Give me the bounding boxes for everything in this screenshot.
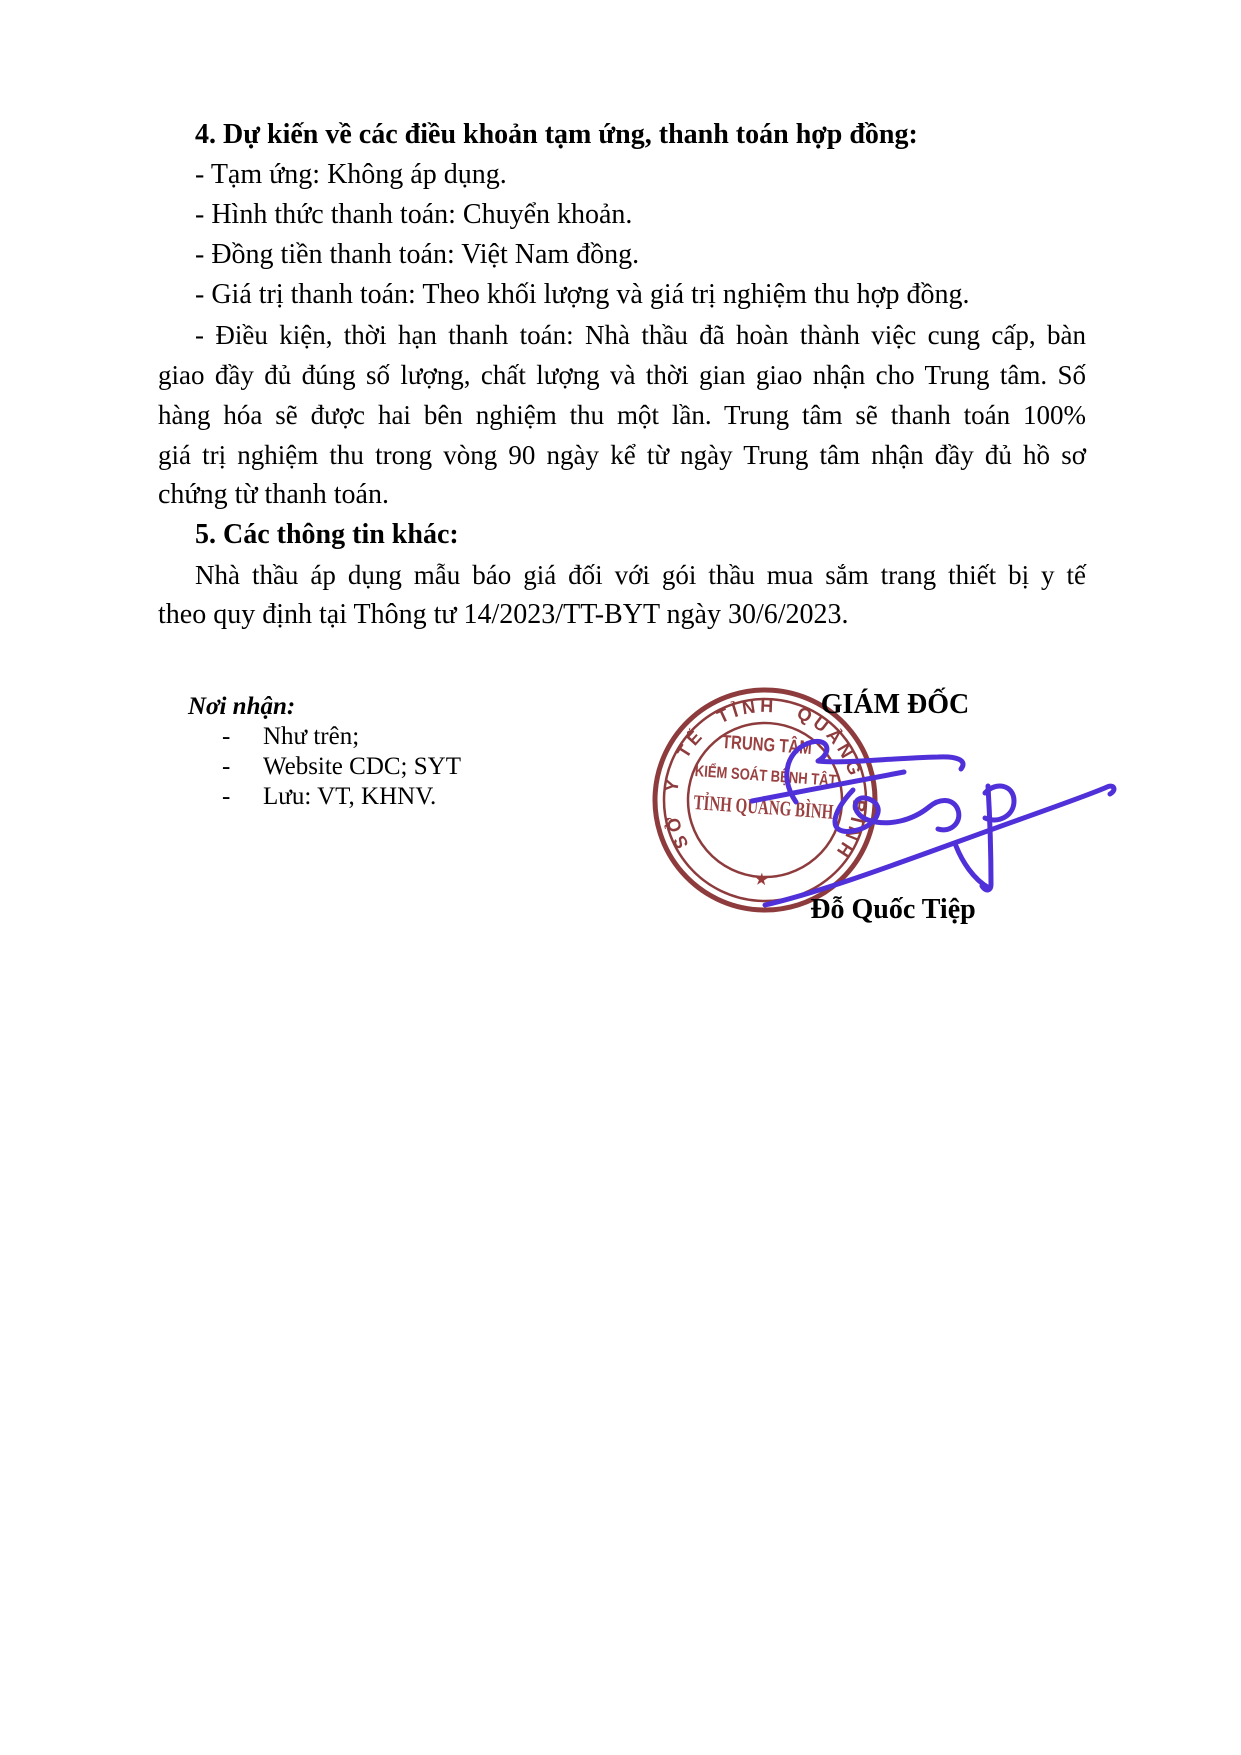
dash-marker: - xyxy=(222,752,263,782)
recipient-item-label: Website CDC; SYT xyxy=(263,753,461,780)
bullet-line: - Giá trị thanh toán: Theo khối lượng và… xyxy=(158,275,1086,315)
document-page: 4. Dự kiến về các điều khoản tạm ứng, th… xyxy=(0,0,1241,1755)
recipient-item-label: Lưu: VT, KHNV. xyxy=(263,783,436,810)
bullet-line: - Đồng tiền thanh toán: Việt Nam đồng. xyxy=(158,235,1086,275)
paragraph-line: Nhà thầu áp dụng mẫu báo giá đối với gói… xyxy=(158,555,1086,595)
document-body: 4. Dự kiến về các điều khoản tạm ứng, th… xyxy=(158,115,1086,635)
paragraph-line: giá trị nghiệm thu trong vòng 90 ngày kể… xyxy=(158,435,1086,475)
signature-stroke xyxy=(835,790,959,831)
recipients-label: Nơi nhận: xyxy=(188,692,461,722)
dash-marker: - xyxy=(222,782,263,812)
dash-marker: - xyxy=(222,722,263,752)
signature-stroke xyxy=(787,741,963,802)
recipients-block: Nơi nhận: -Như trên; -Website CDC; SYT -… xyxy=(188,692,461,812)
paragraph-line: theo quy định tại Thông tư 14/2023/TT-BY… xyxy=(158,595,1086,635)
recipient-item: -Website CDC; SYT xyxy=(188,752,461,782)
recipient-item: -Như trên; xyxy=(188,722,461,752)
recipient-item: -Lưu: VT, KHNV. xyxy=(188,782,461,812)
handwritten-signature xyxy=(640,640,1130,950)
paragraph-line: hàng hóa sẽ được hai bên nghiệm thu một … xyxy=(158,395,1086,435)
paragraph-line: - Điều kiện, thời hạn thanh toán: Nhà th… xyxy=(158,315,1086,355)
signature-stroke xyxy=(956,846,989,888)
bullet-line: - Hình thức thanh toán: Chuyển khoản. xyxy=(158,195,1086,235)
recipient-item-label: Như trên; xyxy=(263,723,359,750)
bullet-line: - Tạm ứng: Không áp dụng. xyxy=(158,155,1086,195)
paragraph-line: giao đầy đủ đúng số lượng, chất lượng và… xyxy=(158,355,1086,395)
signature-stroke xyxy=(982,786,991,890)
signature-stroke xyxy=(765,786,1114,905)
section4-heading: 4. Dự kiến về các điều khoản tạm ứng, th… xyxy=(158,115,1086,155)
section5-heading: 5. Các thông tin khác: xyxy=(158,515,1086,555)
signature-stroke xyxy=(752,772,904,801)
paragraph-line: chứng từ thanh toán. xyxy=(158,475,1086,515)
